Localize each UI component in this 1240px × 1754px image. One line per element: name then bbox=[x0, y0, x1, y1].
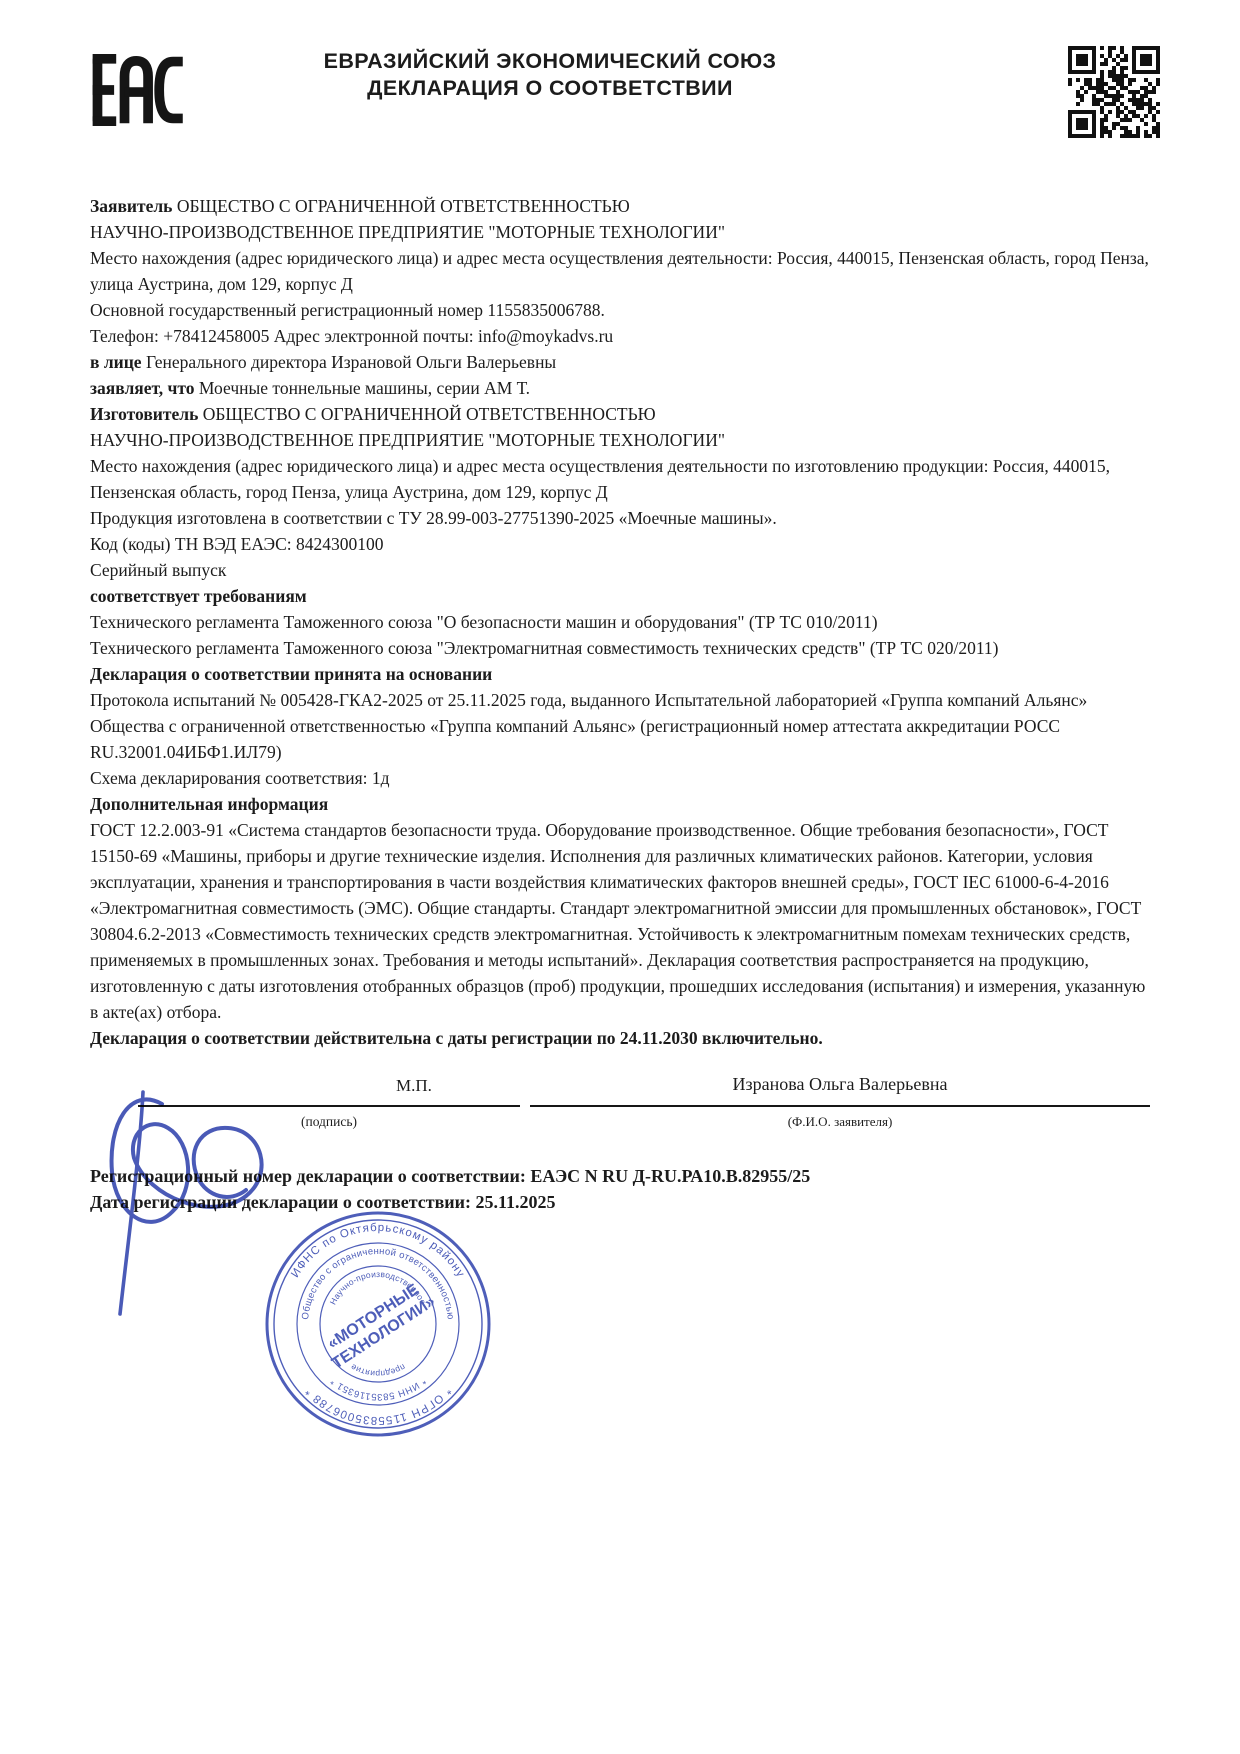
compliance-item-2: Технического регламента Таможенного союз… bbox=[90, 635, 1154, 661]
applicant-name-line2: НАУЧНО-ПРОИЗВОДСТВЕННОЕ ПРЕДПРИЯТИЕ "МОТ… bbox=[90, 219, 1154, 245]
title-line-1: ЕВРАЗИЙСКИЙ ЭКОНОМИЧЕСКИЙ СОЮЗ bbox=[240, 48, 860, 75]
manufacturer-address: Место нахождения (адрес юридического лиц… bbox=[90, 453, 1154, 505]
compliance-heading: соответствует требованиям bbox=[90, 583, 1154, 609]
validity-line: Декларация о соответствии действительна … bbox=[90, 1025, 1154, 1051]
qr-modules bbox=[1068, 46, 1160, 138]
declares-label: заявляет, что bbox=[90, 378, 195, 398]
applicant-label: Заявитель bbox=[90, 196, 172, 216]
compliance-item-1: Технического регламента Таможенного союз… bbox=[90, 609, 1154, 635]
manufacturer-label: Изготовитель bbox=[90, 404, 198, 424]
eac-logo-icon bbox=[85, 38, 189, 147]
applicant-ogrn: Основной государственный регистрационный… bbox=[90, 297, 1154, 323]
qr-code-icon bbox=[1068, 46, 1160, 143]
additional-text: ГОСТ 12.2.003-91 «Система стандартов без… bbox=[90, 817, 1154, 1025]
applicant-full-name: Изранова Ольга Валерьевна bbox=[530, 1071, 1150, 1097]
name-line bbox=[530, 1105, 1150, 1107]
title-line-2: ДЕКЛАРАЦИЯ О СООТВЕТСТВИИ bbox=[240, 75, 860, 102]
applicant-contacts: Телефон: +78412458005 Адрес электронной … bbox=[90, 323, 1154, 349]
basis-protocol: Протокола испытаний № 005428-ГКА2-2025 о… bbox=[90, 687, 1154, 765]
additional-heading: Дополнительная информация bbox=[90, 791, 1154, 817]
svg-text:* ИНН 5835116351 *: * ИНН 5835116351 * bbox=[328, 1375, 428, 1402]
in-person-text: Генерального директора Израновой Ольги В… bbox=[146, 352, 556, 372]
applicant-name-line1: ОБЩЕСТВО С ОГРАНИЧЕННОЙ ОТВЕТСТВЕННОСТЬЮ bbox=[177, 196, 630, 216]
manufacturer-tu: Продукция изготовлена в соответствии с Т… bbox=[90, 505, 1154, 531]
applicant-representative: в лице Генерального директора Израновой … bbox=[90, 349, 1154, 375]
basis-heading: Декларация о соответствии принята на осн… bbox=[90, 661, 1154, 687]
in-person-label: в лице bbox=[90, 352, 142, 372]
manufacturer-name-line1: ОБЩЕСТВО С ОГРАНИЧЕННОЙ ОТВЕТСТВЕННОСТЬЮ bbox=[203, 404, 656, 424]
declaration-page: ЕВРАЗИЙСКИЙ ЭКОНОМИЧЕСКИЙ СОЮЗ ДЕКЛАРАЦИ… bbox=[0, 0, 1240, 1754]
manufacturer-name-line2: НАУЧНО-ПРОИЗВОДСТВЕННОЕ ПРЕДПРИЯТИЕ "МОТ… bbox=[90, 427, 1154, 453]
basis-scheme: Схема декларирования соответствия: 1д bbox=[90, 765, 1154, 791]
serial-issue: Серийный выпуск bbox=[90, 557, 1154, 583]
declares-paragraph: заявляет, что Моечные тоннельные машины,… bbox=[90, 375, 1154, 401]
tnved-code: Код (коды) ТН ВЭД ЕАЭС: 8424300100 bbox=[90, 531, 1154, 557]
document-body: Заявитель ОБЩЕСТВО С ОГРАНИЧЕННОЙ ОТВЕТС… bbox=[90, 193, 1154, 1215]
header: ЕВРАЗИЙСКИЙ ЭКОНОМИЧЕСКИЙ СОЮЗ ДЕКЛАРАЦИ… bbox=[0, 38, 1240, 153]
declares-text: Моечные тоннельные машины, серии АМ Т. bbox=[199, 378, 530, 398]
signature bbox=[96, 1082, 326, 1327]
svg-text:предприятие: предприятие bbox=[349, 1362, 407, 1379]
manufacturer-paragraph: Изготовитель ОБЩЕСТВО С ОГРАНИЧЕННОЙ ОТВ… bbox=[90, 401, 1154, 453]
document-title: ЕВРАЗИЙСКИЙ ЭКОНОМИЧЕСКИЙ СОЮЗ ДЕКЛАРАЦИ… bbox=[240, 48, 860, 102]
name-caption: (Ф.И.О. заявителя) bbox=[530, 1109, 1150, 1135]
applicant-paragraph: Заявитель ОБЩЕСТВО С ОГРАНИЧЕННОЙ ОТВЕТС… bbox=[90, 193, 1154, 245]
stamp-ring2-bottom: * ИНН 5835116351 * bbox=[328, 1375, 428, 1402]
seal-place-label: М.П. bbox=[396, 1073, 432, 1099]
applicant-address: Место нахождения (адрес юридического лиц… bbox=[90, 245, 1154, 297]
stamp-ring3-bottom: предприятие bbox=[349, 1362, 407, 1379]
